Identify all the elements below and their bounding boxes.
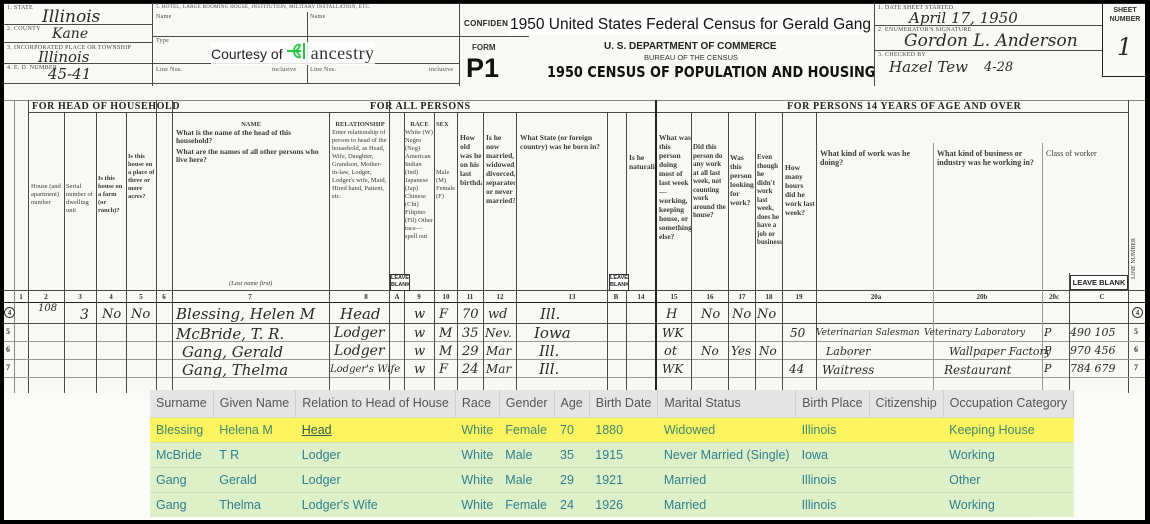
cell-relation: Head (296, 417, 456, 442)
cell-race: White (455, 442, 499, 467)
row2-age: 35 (462, 326, 479, 341)
row2-marital: Nev. (485, 326, 512, 340)
cell-citizenship (869, 417, 943, 442)
cell-age: 24 (554, 492, 589, 517)
col-relation: Relation to Head of House (296, 390, 456, 417)
colnum-12: 12 (490, 293, 510, 301)
col-looking: Was this person looking for work? (730, 153, 755, 207)
row2-name: McBride, T. R. (176, 325, 284, 343)
cell-age: 35 (554, 442, 589, 467)
name-label-1: Name (156, 14, 172, 20)
row4-birthplace: Ill. (539, 360, 559, 378)
colnum-18: 18 (759, 293, 779, 301)
col-citizenship: Citizenship (869, 390, 943, 417)
section-persons-14: FOR PERSONS 14 YEARS OF AGE AND OVER (787, 101, 1022, 112)
census-viewer: 1. STATE Illinois 2. COUNTY Kane 3. INCO… (4, 3, 1145, 520)
col-serial-number: Serial number of dwelling unit (66, 183, 95, 215)
row3-class: P (1044, 344, 1051, 357)
line-nos-label-2: Line Nos. (310, 67, 336, 73)
cell-relation: Lodger's Wife (296, 492, 456, 517)
row1-name: Blessing, Helen M (176, 305, 315, 323)
leave-blank-box-b: LEAVE BLANK (609, 274, 629, 291)
cell-given-name: T R (213, 442, 295, 467)
name-label-2: Name (310, 14, 326, 20)
row1-looking: No (732, 307, 751, 322)
row-line-7-right: 7 (1134, 363, 1138, 372)
col-marital-status: Marital Status (658, 390, 796, 417)
table-row[interactable]: Gang Thelma Lodger's Wife White Female 2… (150, 492, 1074, 517)
colnum-6: 6 (154, 293, 174, 301)
page-title: 1950 United States Federal Census for Ge… (508, 16, 873, 34)
cell-marital-status: Married (658, 492, 796, 517)
row3-occupation: Laborer (826, 345, 871, 358)
table-row[interactable]: Gang Gerald Lodger White Male 29 1921 Ma… (150, 467, 1074, 492)
row2-sex: M (439, 326, 452, 341)
cell-surname: McBride (150, 442, 213, 467)
col-race-title: RACE (405, 121, 434, 129)
cell-occupation-category: Keeping House (943, 417, 1073, 442)
col-occupation: What kind of work was he doing? (820, 149, 930, 167)
row3-looking: Yes (731, 344, 751, 358)
row4-race: w (414, 362, 425, 377)
colnum-19: 19 (789, 293, 809, 301)
col-name: NAME What is the name of the head of thi… (176, 121, 326, 164)
ancestry-leaf-icon (286, 42, 308, 65)
table-row[interactable]: Blessing Helena M Head White Female 70 1… (150, 417, 1074, 442)
date-started-value: April 17, 1950 (909, 9, 1018, 27)
table-header-row: Surname Given Name Relation to Head of H… (150, 390, 1074, 417)
row4-age: 24 (462, 362, 479, 377)
row3-has-job: No (759, 344, 777, 358)
line-number-label: LINE NUMBER (1130, 238, 1142, 279)
row3-age: 29 (462, 344, 479, 359)
cell-gender: Female (499, 492, 554, 517)
county-label: 2. COUNTY (7, 26, 41, 32)
row2-occupation: Veterinarian Salesman (816, 328, 920, 338)
colnum-3: 3 (70, 293, 90, 301)
row4-sex: F (439, 362, 448, 377)
colnum-8: 8 (356, 293, 376, 301)
col-name-q1: What is the name of the head of this hou… (176, 129, 326, 145)
col-sex-list: Male (M) Female (F) (436, 169, 457, 201)
cell-birth-place: Illinois (796, 417, 869, 442)
checked-by-value: Hazel Tew (889, 58, 968, 76)
row3-any-work: No (701, 344, 719, 358)
row3-birthplace: Ill. (539, 342, 559, 360)
sheet-number-label: SHEET NUMBER (1108, 6, 1142, 24)
row4-doing: WK (662, 362, 683, 376)
row2-hours: 50 (790, 326, 805, 340)
col-birth-place: Birth Place (796, 390, 869, 417)
col-birthplace: What State (or foreign country) was he b… (520, 133, 606, 151)
row2-birthplace: Iowa (534, 324, 571, 342)
colnum-2: 2 (36, 293, 56, 301)
col-class-worker: Class of worker (1046, 149, 1126, 158)
colnum-17: 17 (732, 293, 752, 301)
type-label: Type (156, 38, 169, 44)
section-all-persons: FOR ALL PERSONS (370, 101, 471, 112)
inclusive-label-1: inclusive (272, 67, 296, 73)
col-relationship-title: RELATIONSHIP (332, 121, 388, 129)
col-birth-date: Birth Date (589, 390, 658, 417)
cell-surname: Blessing (150, 417, 213, 442)
row1-sex: F (439, 307, 448, 322)
row1-house: 108 (38, 303, 57, 314)
courtesy-label: Courtesy of (211, 46, 283, 62)
col-age: Age (554, 390, 589, 417)
col-race-list: White (W) Negro (Neg) American Indian (I… (405, 129, 434, 241)
cell-marital-status: Never Married (Single) (658, 442, 796, 467)
cell-age: 29 (554, 467, 589, 492)
cell-occupation-category: Working (943, 492, 1073, 517)
col-naturalized: Is he naturalized? (629, 153, 655, 171)
col-house-number: House (and apartment) number (31, 183, 63, 207)
row-line-6: 6 (6, 345, 10, 354)
col-given-name: Given Name (213, 390, 295, 417)
confidential-label: CONFIDEN (464, 19, 508, 28)
cell-birth-place: Illinois (796, 492, 869, 517)
colnum-14: 14 (631, 293, 651, 301)
row-line-6-right: 6 (1134, 345, 1138, 354)
col-name-q2: What are the names of all other persons … (176, 148, 326, 164)
col-gender: Gender (499, 390, 554, 417)
colnum-20c: 20c (1044, 293, 1064, 301)
colnum-10: 10 (436, 293, 456, 301)
leave-blank-box-a: LEAVE BLANK (390, 274, 410, 291)
row1-has-job: No (757, 307, 776, 322)
row1-serial: 3 (80, 307, 89, 323)
cell-gender: Male (499, 467, 554, 492)
colnum-1: 1 (11, 293, 31, 301)
colnum-a: A (387, 293, 407, 301)
col-occupation-category: Occupation Category (943, 390, 1073, 417)
row-line-4: 4 (4, 307, 15, 318)
ed-value: 45-41 (48, 65, 91, 83)
row3-relationship: Lodger (334, 343, 385, 359)
county-value: Kane (52, 26, 88, 42)
inclusive-label-2: inclusive (429, 67, 453, 73)
cell-surname: Gang (150, 467, 213, 492)
row3-race: w (414, 344, 425, 359)
row1-birthplace: Ill. (540, 305, 560, 323)
col-relationship-list: Enter relationship of person to head of … (332, 129, 388, 201)
col-acres: Is this house on a place of three or mor… (128, 153, 155, 201)
cell-marital-status: Widowed (658, 417, 796, 442)
row2-class: P (1044, 326, 1051, 339)
row4-class: P (1044, 362, 1051, 375)
census-title: 1950 CENSUS OF POPULATION AND HOUSING (547, 63, 875, 81)
row1-farm: No (102, 307, 121, 322)
row4-code: 784 679 (1070, 362, 1116, 375)
colnum-20b: 20b (972, 293, 992, 301)
row4-industry: Restaurant (944, 363, 1011, 377)
row2-race: w (414, 326, 425, 341)
cell-race: White (455, 467, 499, 492)
table-row[interactable]: McBride T R Lodger White Male 35 1915 Ne… (150, 442, 1074, 467)
cell-birth-date: 1880 (589, 417, 658, 442)
col-hours: How many hours did he work last week? (785, 163, 815, 217)
cell-gender: Female (499, 417, 554, 442)
leave-blank-box-right: LEAVE BLANK (1070, 275, 1128, 290)
cell-gender: Male (499, 442, 554, 467)
cell-citizenship (869, 467, 943, 492)
cell-race: White (455, 417, 499, 442)
hotel-label: 5. HOTEL, LARGE ROOMING HOUSE, INSTITUTI… (156, 5, 371, 10)
colnum-16: 16 (700, 293, 720, 301)
col-name-footer: (Last name first) (229, 280, 289, 288)
line-nos-label-1: Line Nos. (156, 67, 182, 73)
courtesy-of-ancestry: Courtesy of ancestry (211, 42, 375, 65)
relation-link[interactable]: Head (302, 423, 332, 437)
row4-relationship: Lodger's Wife (330, 364, 400, 375)
row3-doing: ot (664, 344, 677, 359)
cell-race: White (455, 492, 499, 517)
row2-code: 490 105 (1070, 326, 1116, 339)
col-surname: Surname (150, 390, 213, 417)
colnum-11: 11 (460, 293, 480, 301)
cell-birth-date: 1921 (589, 467, 658, 492)
cell-birth-date: 1926 (589, 492, 658, 517)
cell-relation: Lodger (296, 467, 456, 492)
cell-given-name: Gerald (213, 467, 295, 492)
cell-relation: Lodger (296, 442, 456, 467)
cell-surname: Gang (150, 492, 213, 517)
col-sex-title: SEX (436, 121, 457, 129)
row2-doing: WK (662, 326, 683, 340)
row3-sex: M (439, 344, 452, 359)
transcription-table: Surname Given Name Relation to Head of H… (150, 390, 1037, 520)
row1-race: w (414, 307, 425, 322)
department-label: U. S. DEPARTMENT OF COMMERCE (604, 41, 777, 52)
row1-age: 70 (462, 307, 479, 322)
enumerator-signature: Gordon L. Anderson (904, 31, 1078, 51)
col-industry: What kind of business or industry was he… (937, 149, 1041, 167)
col-race: RACE White (W) Negro (Neg) American Indi… (405, 121, 434, 241)
row-line-7: 7 (6, 363, 10, 372)
cell-given-name: Thelma (213, 492, 295, 517)
colnum-13: 13 (562, 293, 582, 301)
col-sex: SEX Male (M) Female (F) (436, 121, 457, 201)
col-age: How old was he on his last birthday? (460, 133, 482, 187)
form-label: FORM (472, 43, 496, 52)
cell-marital-status: Married (658, 467, 796, 492)
row1-acres: No (131, 307, 150, 322)
row1-marital: wd (488, 307, 507, 322)
row3-marital: Mar (486, 344, 511, 358)
col-any-work: Did this person do any work at all last … (693, 143, 728, 220)
cell-birth-date: 1915 (589, 442, 658, 467)
section-head-of-household: FOR HEAD OF HOUSEHOLD (32, 101, 180, 112)
col-doing: What was this person doing most of last … (659, 133, 691, 241)
row1-doing: H (666, 307, 677, 322)
cell-citizenship (869, 492, 943, 517)
col-has-job: Even though he didn't work last week, do… (757, 153, 782, 247)
colnum-b: B (606, 293, 626, 301)
row2-relationship: Lodger (334, 325, 385, 341)
cell-birth-place: Iowa (796, 442, 869, 467)
state-label: 1. STATE (7, 5, 33, 11)
col-race: Race (455, 390, 499, 417)
col-relationship: RELATIONSHIP Enter relationship of perso… (332, 121, 388, 201)
row3-industry: Wallpaper Factory (949, 345, 1051, 358)
row-line-5: 5 (6, 327, 10, 336)
cell-occupation-category: Working (943, 442, 1073, 467)
colnum-5: 5 (131, 293, 151, 301)
row3-name: Gang, Gerald (182, 343, 283, 361)
state-value: Illinois (42, 7, 100, 27)
colnum-9: 9 (409, 293, 429, 301)
cell-occupation-category: Other (943, 467, 1073, 492)
census-sheet-image: 1. STATE Illinois 2. COUNTY Kane 3. INCO… (4, 3, 1145, 393)
cell-age: 70 (554, 417, 589, 442)
cell-birth-place: Illinois (796, 467, 869, 492)
row-line-5-right: 5 (1134, 327, 1138, 336)
row4-marital: Mar (486, 362, 511, 376)
ancestry-brand: ancestry (311, 43, 375, 64)
row4-hours: 44 (789, 362, 804, 376)
row1-relationship: Head (340, 305, 381, 323)
colnum-7: 7 (240, 293, 260, 301)
sheet-number-value: 1 (1117, 33, 1132, 61)
colnum-20a: 20a (866, 293, 886, 301)
row4-occupation: Waitress (822, 363, 874, 377)
checked-date: 4-28 (984, 60, 1013, 75)
row1-any-work: No (701, 307, 720, 322)
bureau-label: BUREAU OF THE CENSUS (644, 53, 738, 62)
cell-citizenship (869, 442, 943, 467)
row-line-4-right: 4 (1132, 307, 1143, 318)
place-value: Illinois (38, 48, 90, 66)
row4-name: Gang, Thelma (182, 361, 288, 379)
col-marital: Is he now married, widowed, divorced, se… (486, 133, 515, 205)
colnum-15: 15 (664, 293, 684, 301)
colnum-4: 4 (101, 293, 121, 301)
col-farm: Is this house on a farm (or ranch)? (98, 175, 125, 215)
cell-given-name: Helena M (213, 417, 295, 442)
colnum-c: C (1092, 293, 1112, 301)
row3-code: 970 456 (1070, 344, 1116, 357)
row2-industry: Veterinary Laboratory (924, 328, 1025, 338)
form-code: P1 (466, 53, 499, 84)
